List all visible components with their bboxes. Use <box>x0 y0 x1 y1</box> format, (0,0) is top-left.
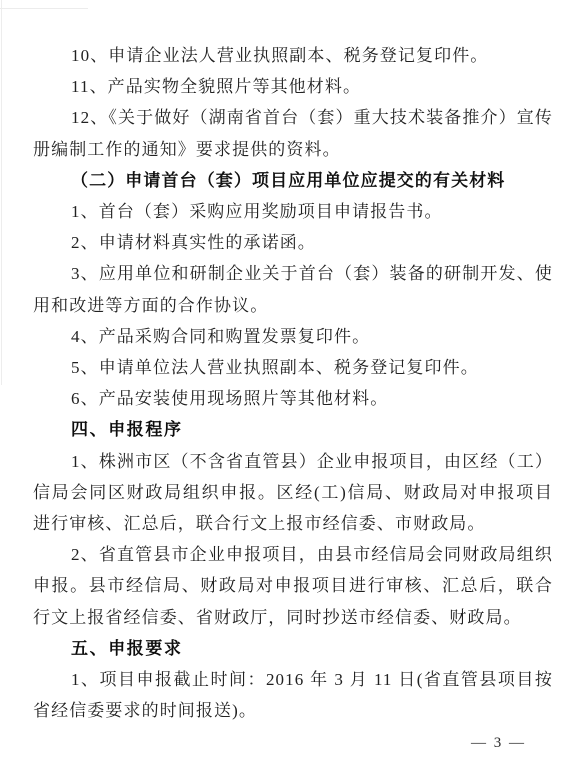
section-heading-5: 五、申报要求 <box>33 633 553 664</box>
paragraph-item-10: 10、申请企业法人营业执照副本、税务登记复印件。 <box>33 40 553 71</box>
paragraph-item-12: 12、《关于做好（湖南省首台（套）重大技术装备推介）宣传册编制工作的通知》要求提… <box>33 102 553 164</box>
paragraph-item-2: 2、申请材料真实性的承诺函。 <box>33 227 553 258</box>
paragraph-item-5: 5、申请单位法人营业执照副本、税务登记复印件。 <box>33 352 553 383</box>
section-heading-4: 四、申报程序 <box>33 414 553 445</box>
paragraph-item-4: 4、产品采购合同和购置发票复印件。 <box>33 321 553 352</box>
paragraph-item-1: 1、首台（套）采购应用奖励项目申请报告书。 <box>33 196 553 227</box>
scan-artifact-vertical <box>1 0 2 385</box>
page-content: 10、申请企业法人营业执照副本、税务登记复印件。 11、产品实物全貌照片等其他材… <box>33 40 553 726</box>
page-number: — 3 — <box>471 735 526 752</box>
paragraph-item-3: 3、应用单位和研制企业关于首台（套）装备的研制开发、使用和改进等方面的合作协议。 <box>33 258 553 320</box>
paragraph-requirement-1: 1、项目申报截止时间：2016 年 3 月 11 日(省直管县项目按省经信委要求… <box>33 664 553 726</box>
subsection-heading-2: （二）申请首台（套）项目应用单位应提交的有关材料 <box>33 165 553 196</box>
scan-artifact-horizontal <box>0 8 88 9</box>
document-page: 10、申请企业法人营业执照副本、税务登记复印件。 11、产品实物全貌照片等其他材… <box>0 0 588 780</box>
paragraph-item-11: 11、产品实物全貌照片等其他材料。 <box>33 71 553 102</box>
paragraph-procedure-1: 1、株洲市区（不含省直管县）企业申报项目，由区经（工）信局会同区财政局组织申报。… <box>33 446 553 540</box>
paragraph-item-6: 6、产品安装使用现场照片等其他材料。 <box>33 383 553 414</box>
paragraph-procedure-2: 2、省直管县市企业申报项目，由县市经信局会同财政局组织申报。县市经信局、财政局对… <box>33 539 553 633</box>
